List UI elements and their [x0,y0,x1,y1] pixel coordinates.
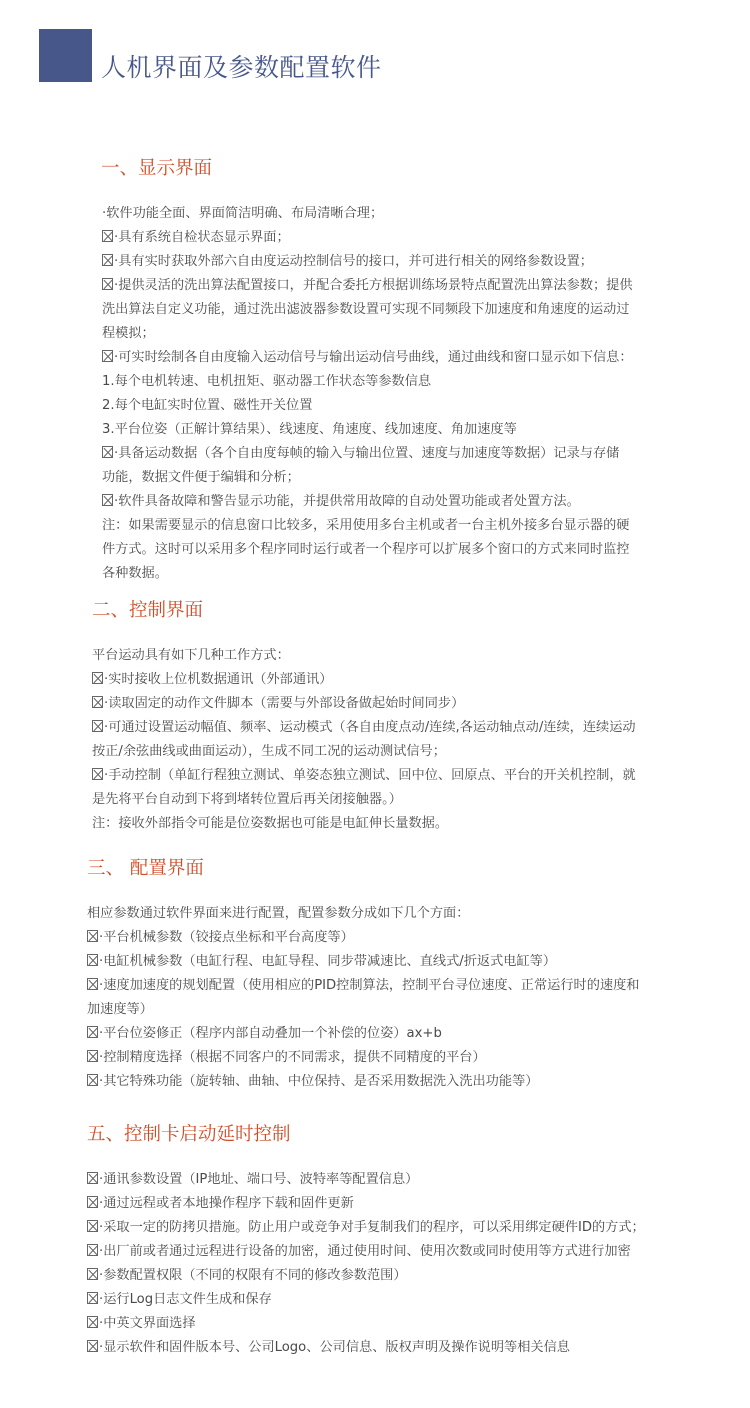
list-item-text: ·实时接收上位机数据通讯（外部通讯） [104,672,332,687]
list-item-text: 相应参数通过软件界面来进行配置，配置参数分成如下几个方面： [87,906,469,921]
section-title-config: 三、 配置界面 [87,857,204,881]
list-item: ·手动控制（单缸行程独立测试、单姿态独立测试、回中位、回原点、平台的开关机控制，… [92,764,636,788]
checkbox-crossed-icon [87,1026,98,1038]
list-item: ·具有系统自检状态显示界面； [102,226,633,250]
list-item-text: ·平台位姿修正（程序内部自动叠加一个补偿的位姿）ax+b [99,1026,442,1041]
checkbox-crossed-icon [87,1074,98,1086]
checkbox-crossed-icon [102,254,113,266]
list-item: ·控制精度选择（根据不同客户的不同需求，提供不同精度的平台） [87,1046,640,1070]
list-item: ·采取一定的防拷贝措施。防止用户或竞争对手复制我们的程序，可以采用绑定硬件ID的… [87,1216,645,1240]
list-item-text: ·通过远程或者本地操作程序下载和固件更新 [99,1196,354,1211]
list-item-text: 各种数据。 [102,566,168,581]
checkbox-crossed-icon [87,1316,98,1328]
section-body-control: 平台运动具有如下几种工作方式：·实时接收上位机数据通讯（外部通讯）·读取固定的动… [92,644,636,836]
list-item-text: 功能，数据文件便于编辑和分析； [102,470,300,485]
list-item: ·通过远程或者本地操作程序下载和固件更新 [87,1192,645,1216]
page-title: 人机界面及参数配置软件 [101,53,382,83]
list-item-text: ·可通过设置运动幅值、频率、运动模式（各自由度点动/连续,各运动轴点动/连续，连… [104,720,636,735]
list-item: ·软件具备故障和警告显示功能，并提供常用故障的自动处置功能或者处置方法。 [102,490,633,514]
checkbox-crossed-icon [87,1196,98,1208]
list-item: 按正/余弦曲线或曲面运动），生成不同工况的运动测试信号； [92,740,636,764]
list-item-text: 是先将平台自动到下将到堵转位置后再关闭接触器。） [92,792,402,807]
section-title-display: 一、显示界面 [101,157,212,181]
checkbox-crossed-icon [92,768,103,780]
list-item-text: ·具有系统自检状态显示界面； [114,230,290,245]
list-item: 1.每个电机转速、电机扭矩、驱动器工作状态等参数信息 [102,370,633,394]
list-item: 功能，数据文件便于编辑和分析； [102,466,633,490]
checkbox-crossed-icon [87,1050,98,1062]
list-item: 注：接收外部指令可能是位姿数据也可能是电缸伸长量数据。 [92,812,636,836]
list-item-text: 1.每个电机转速、电机扭矩、驱动器工作状态等参数信息 [102,374,431,389]
list-item-text: ·软件功能全面、界面简洁明确、布局清晰合理； [102,206,383,221]
list-item-text: ·读取固定的动作文件脚本（需要与外部设备做起始时间同步） [104,696,464,711]
list-item: 加速度等） [87,998,640,1022]
checkbox-crossed-icon [92,696,103,708]
list-item: ·平台机械参数（铰接点坐标和平台高度等） [87,926,640,950]
list-item: ·具有实时获取外部六自由度运动控制信号的接口，并可进行相关的网络参数设置； [102,250,633,274]
list-item: 件方式。这时可以采用多个程序同时运行或者一个程序可以扩展多个窗口的方式来同时监控 [102,538,633,562]
checkbox-crossed-icon [87,978,98,990]
list-item-text: ·运行Log日志文件生成和保存 [99,1292,272,1307]
section-title-control: 二、控制界面 [92,599,203,623]
checkbox-crossed-icon [87,1292,98,1304]
list-item: 平台运动具有如下几种工作方式： [92,644,636,668]
checkbox-crossed-icon [87,930,98,942]
list-item-text: 注：如果需要显示的信息窗口比较多，采用使用多台主机或者一台主机外接多台显示器的硬 [102,518,630,533]
checkbox-crossed-icon [92,720,103,732]
list-item-text: 洗出算法自定义功能，通过洗出滤波器参数设置可实现不同频段下加速度和角速度的运动过 [102,302,630,317]
list-item-text: ·出厂前或者通过远程进行设备的加密，通过使用时间、使用次数或同时使用等方式进行加… [99,1244,631,1259]
list-item: 是先将平台自动到下将到堵转位置后再关闭接触器。） [92,788,636,812]
list-item-text: ·具有实时获取外部六自由度运动控制信号的接口，并可进行相关的网络参数设置； [114,254,593,269]
list-item-text: ·具备运动数据（各个自由度每帧的输入与输出位置、速度与加速度等数据）记录与存储 [114,446,619,461]
checkbox-crossed-icon [102,446,113,458]
list-item: ·显示软件和固件版本号、公司Logo、公司信息、版权声明及操作说明等相关信息 [87,1336,645,1360]
list-item: ·提供灵活的洗出算法配置接口，并配合委托方根据训练场景特点配置洗出算法参数；提供 [102,274,633,298]
list-item: ·可实时绘制各自由度输入运动信号与输出运动信号曲线，通过曲线和窗口显示如下信息： [102,346,633,370]
list-item: 洗出算法自定义功能，通过洗出滤波器参数设置可实现不同频段下加速度和角速度的运动过 [102,298,633,322]
list-item: ·速度加速度的规划配置（使用相应的PID控制算法，控制平台寻位速度、正常运行时的… [87,974,640,998]
checkbox-crossed-icon [87,1220,98,1232]
checkbox-crossed-icon [92,672,103,684]
list-item-text: 3.平台位姿（正解计算结果）、线速度、角速度、线加速度、角加速度等 [102,422,517,437]
list-item-text: 2.每个电缸实时位置、磁性开关位置 [102,398,312,413]
list-item: 注：如果需要显示的信息窗口比较多，采用使用多台主机或者一台主机外接多台显示器的硬 [102,514,633,538]
list-item-text: 按正/余弦曲线或曲面运动），生成不同工况的运动测试信号； [92,744,446,759]
list-item-text: ·平台机械参数（铰接点坐标和平台高度等） [99,930,354,945]
list-item: ·参数配置权限（不同的权限有不同的修改参数范围） [87,1264,645,1288]
list-item-text: ·显示软件和固件版本号、公司Logo、公司信息、版权声明及操作说明等相关信息 [99,1340,570,1355]
list-item-text: ·提供灵活的洗出算法配置接口，并配合委托方根据训练场景特点配置洗出算法参数；提供 [114,278,633,293]
list-item: ·可通过设置运动幅值、频率、运动模式（各自由度点动/连续,各运动轴点动/连续，连… [92,716,636,740]
list-item-text: 加速度等） [87,1002,153,1017]
list-item: ·软件功能全面、界面简洁明确、布局清晰合理； [102,202,633,226]
checkbox-crossed-icon [102,278,113,290]
list-item-text: ·中英文界面选择 [99,1316,196,1331]
list-item: 相应参数通过软件界面来进行配置，配置参数分成如下几个方面： [87,902,640,926]
list-item: 程模拟； [102,322,633,346]
checkbox-crossed-icon [87,1172,98,1184]
list-item: ·实时接收上位机数据通讯（外部通讯） [92,668,636,692]
list-item-text: ·控制精度选择（根据不同客户的不同需求，提供不同精度的平台） [99,1050,486,1065]
list-item-text: 注：接收外部指令可能是位姿数据也可能是电缸伸长量数据。 [92,816,448,831]
list-item-text: ·软件具备故障和警告显示功能，并提供常用故障的自动处置功能或者处置方法。 [114,494,580,509]
list-item-text: ·通讯参数设置（IP地址、端口号、波特率等配置信息） [99,1172,418,1187]
list-item-text: ·采取一定的防拷贝措施。防止用户或竞争对手复制我们的程序，可以采用绑定硬件ID的… [99,1220,645,1235]
checkbox-crossed-icon [87,954,98,966]
list-item-text: 件方式。这时可以采用多个程序同时运行或者一个程序可以扩展多个窗口的方式来同时监控 [102,542,630,557]
header-square-icon [39,29,92,82]
checkbox-crossed-icon [87,1244,98,1256]
list-item: ·平台位姿修正（程序内部自动叠加一个补偿的位姿）ax+b [87,1022,640,1046]
section-body-config: 相应参数通过软件界面来进行配置，配置参数分成如下几个方面：·平台机械参数（铰接点… [87,902,640,1094]
checkbox-crossed-icon [87,1340,98,1352]
list-item-text: ·手动控制（单缸行程独立测试、单姿态独立测试、回中位、回原点、平台的开关机控制，… [104,768,636,783]
list-item-text: ·可实时绘制各自由度输入运动信号与输出运动信号曲线，通过曲线和窗口显示如下信息： [114,350,633,365]
checkbox-crossed-icon [102,350,113,362]
checkbox-crossed-icon [102,494,113,506]
list-item: ·出厂前或者通过远程进行设备的加密，通过使用时间、使用次数或同时使用等方式进行加… [87,1240,645,1264]
list-item: ·具备运动数据（各个自由度每帧的输入与输出位置、速度与加速度等数据）记录与存储 [102,442,633,466]
checkbox-crossed-icon [87,1268,98,1280]
list-item-text: 程模拟； [102,326,155,341]
list-item: ·读取固定的动作文件脚本（需要与外部设备做起始时间同步） [92,692,636,716]
list-item: ·中英文界面选择 [87,1312,645,1336]
section-body-startup-delay: ·通讯参数设置（IP地址、端口号、波特率等配置信息）·通过远程或者本地操作程序下… [87,1168,645,1360]
list-item-text: 平台运动具有如下几种工作方式： [92,648,290,663]
section-body-display: ·软件功能全面、界面简洁明确、布局清晰合理；·具有系统自检状态显示界面；·具有实… [102,202,633,586]
list-item: ·通讯参数设置（IP地址、端口号、波特率等配置信息） [87,1168,645,1192]
list-item: 各种数据。 [102,562,633,586]
list-item: ·其它特殊功能（旋转轴、曲轴、中位保持、是否采用数据洗入洗出功能等） [87,1070,640,1094]
checkbox-crossed-icon [102,230,113,242]
list-item: 2.每个电缸实时位置、磁性开关位置 [102,394,633,418]
list-item-text: ·参数配置权限（不同的权限有不同的修改参数范围） [99,1268,407,1283]
list-item: ·电缸机械参数（电缸行程、电缸导程、同步带减速比、直线式/折返式电缸等） [87,950,640,974]
list-item: ·运行Log日志文件生成和保存 [87,1288,645,1312]
list-item-text: ·其它特殊功能（旋转轴、曲轴、中位保持、是否采用数据洗入洗出功能等） [99,1074,538,1089]
list-item: 3.平台位姿（正解计算结果）、线速度、角速度、线加速度、角加速度等 [102,418,633,442]
list-item-text: ·电缸机械参数（电缸行程、电缸导程、同步带减速比、直线式/折返式电缸等） [99,954,556,969]
list-item-text: ·速度加速度的规划配置（使用相应的PID控制算法，控制平台寻位速度、正常运行时的… [99,978,640,993]
section-title-startup-delay: 五、控制卡启动延时控制 [87,1123,291,1147]
